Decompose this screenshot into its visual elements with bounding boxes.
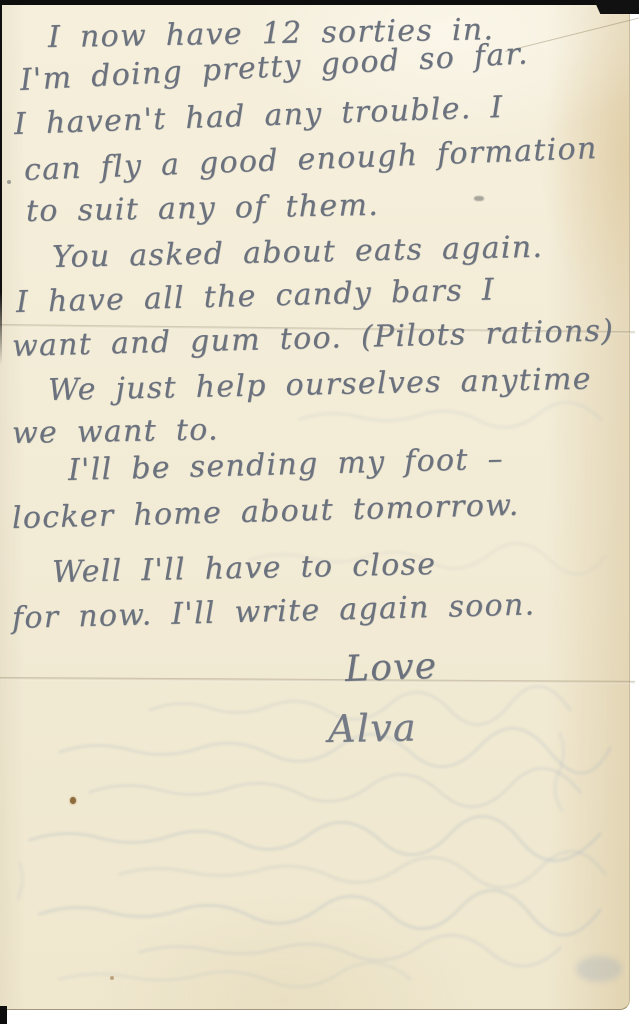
ink-smudge [474, 196, 484, 201]
letter-line-4: can fly a good enough formation [23, 131, 598, 188]
letter-line-7: I have all the candy bars I [16, 272, 496, 320]
letter-line-9: We just help ourselves anytime [48, 362, 592, 408]
letter-line-8: want and gum too. (Pilots rations) [12, 313, 615, 364]
scan-edge-top [0, 0, 639, 5]
scanned-letter-image: I now have 12 sorties in. I'm doing pret… [0, 0, 639, 1024]
letter-paper: I now have 12 sorties in. I'm doing pret… [0, 4, 630, 1010]
scan-edge-bottom-left [0, 1006, 7, 1024]
letter-line-14: for now. I'll write again soon. [12, 587, 536, 636]
scan-edge-left [0, 0, 2, 365]
letter-line-6: You asked about eats again. [52, 230, 544, 275]
letter-line-5: to suit any of them. [26, 188, 380, 229]
letter-line-3: I haven't had any trouble. I [13, 90, 504, 142]
letter-line-10: we want to. [12, 412, 219, 451]
paper-smudge [576, 956, 622, 982]
letter-line-13: Well I'll have to close [52, 547, 437, 590]
paper-stain-dot [70, 797, 76, 804]
letter-signature: Alva [328, 705, 418, 751]
fold-crease-lower [0, 677, 635, 684]
letter-closing: Love [344, 646, 438, 690]
letter-line-12: locker home about tomorrow. [12, 488, 520, 536]
paper-speck [7, 180, 11, 184]
scan-edge-top-right [594, 0, 639, 14]
paper-speck [110, 976, 114, 980]
